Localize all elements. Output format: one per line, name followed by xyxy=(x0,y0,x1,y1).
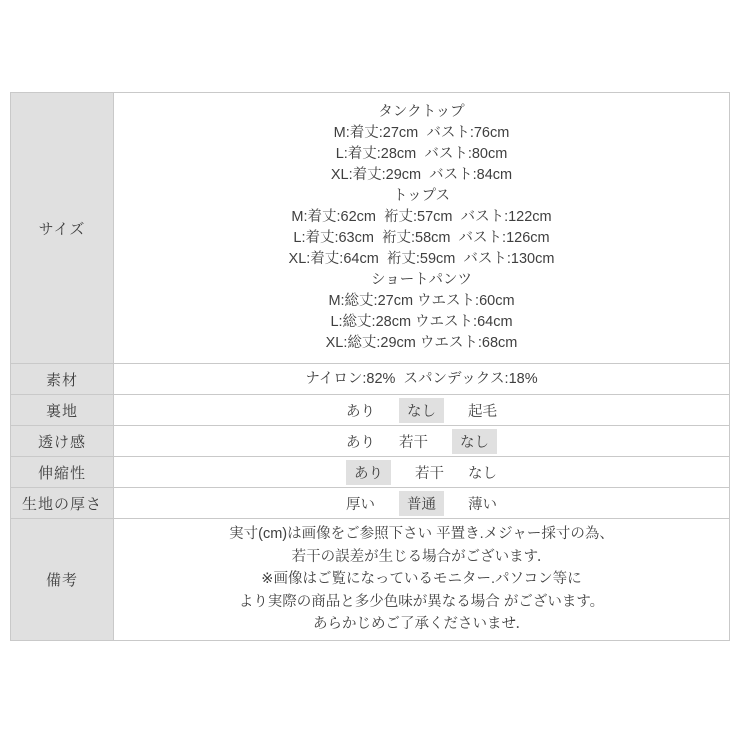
option-label: 厚い xyxy=(346,491,375,516)
row-value-thickness: 厚い 普通 薄い xyxy=(114,488,730,519)
row-label-stretch: 伸縮性 xyxy=(11,457,114,488)
option-label: あり xyxy=(346,429,375,454)
spec-row-material: 素材 ナイロン:82% スパンデックス:18% xyxy=(11,364,730,395)
option-selected: あり xyxy=(346,460,391,485)
material-value: ナイロン:82% スパンデックス:18% xyxy=(114,369,729,390)
row-value-lining: あり なし 起毛 xyxy=(114,395,730,426)
size-line: M:着丈:62cm 裄丈:57cm バスト:122cm xyxy=(114,207,729,228)
size-line: L:総丈:28cm ウエスト:64cm xyxy=(114,312,729,333)
lining-options: あり なし 起毛 xyxy=(114,398,729,423)
size-line: M:着丈:27cm バスト:76cm xyxy=(114,123,729,144)
size-line: L:着丈:28cm バスト:80cm xyxy=(114,144,729,165)
option-label: なし xyxy=(468,460,497,485)
notes-line: 若干の誤差が生じる場合がございます． xyxy=(114,546,729,569)
option-selected: なし xyxy=(452,429,497,454)
option-label: 起毛 xyxy=(468,398,497,423)
row-value-material: ナイロン:82% スパンデックス:18% xyxy=(114,364,730,395)
row-label-sheerness: 透け感 xyxy=(11,426,114,457)
spec-row-thickness: 生地の厚さ 厚い 普通 薄い xyxy=(11,488,730,519)
option-label: 薄い xyxy=(468,491,497,516)
spec-row-notes: 備考 実寸(cm)は画像をご参照下さい 平置き.メジャー採寸の為、 若干の誤差が… xyxy=(11,519,730,641)
option-label: 若干 xyxy=(399,429,428,454)
spec-row-size: サイズ タンクトップ M:着丈:27cm バスト:76cm L:着丈:28cm … xyxy=(11,93,730,364)
page: サイズ タンクトップ M:着丈:27cm バスト:76cm L:着丈:28cm … xyxy=(0,0,740,740)
size-line: タンクトップ xyxy=(114,102,729,123)
size-line: L:着丈:63cm 裄丈:58cm バスト:126cm xyxy=(114,228,729,249)
size-line: トップス xyxy=(114,186,729,207)
product-spec-table: サイズ タンクトップ M:着丈:27cm バスト:76cm L:着丈:28cm … xyxy=(10,92,730,641)
notes-line: あらかじめご了承くださいませ． xyxy=(114,613,729,636)
option-selected: 普通 xyxy=(399,491,444,516)
row-label-size: サイズ xyxy=(11,93,114,364)
spec-row-stretch: 伸縮性 あり 若干 なし xyxy=(11,457,730,488)
notes-line: より実際の商品と多少色味が異なる場合 がございます。 xyxy=(114,591,729,614)
size-details: タンクトップ M:着丈:27cm バスト:76cm L:着丈:28cm バスト:… xyxy=(114,102,729,354)
row-label-thickness: 生地の厚さ xyxy=(11,488,114,519)
size-line: XL:着丈:29cm バスト:84cm xyxy=(114,165,729,186)
notes-text: 実寸(cm)は画像をご参照下さい 平置き.メジャー採寸の為、 若干の誤差が生じる… xyxy=(114,523,729,636)
notes-line: ※画像はご覧になっているモニター.パソコン等に xyxy=(114,568,729,591)
row-value-size: タンクトップ M:着丈:27cm バスト:76cm L:着丈:28cm バスト:… xyxy=(114,93,730,364)
spec-row-sheerness: 透け感 あり 若干 なし xyxy=(11,426,730,457)
row-label-lining: 裏地 xyxy=(11,395,114,426)
row-value-stretch: あり 若干 なし xyxy=(114,457,730,488)
size-line: XL:着丈:64cm 裄丈:59cm バスト:130cm xyxy=(114,249,729,270)
size-line: ショートパンツ xyxy=(114,270,729,291)
size-line: M:総丈:27cm ウエスト:60cm xyxy=(114,291,729,312)
thickness-options: 厚い 普通 薄い xyxy=(114,491,729,516)
row-label-notes: 備考 xyxy=(11,519,114,641)
spec-row-lining: 裏地 あり なし 起毛 xyxy=(11,395,730,426)
size-line: XL:総丈:29cm ウエスト:68cm xyxy=(114,333,729,354)
sheerness-options: あり 若干 なし xyxy=(114,429,729,454)
row-value-sheerness: あり 若干 なし xyxy=(114,426,730,457)
option-label: 若干 xyxy=(415,460,444,485)
stretch-options: あり 若干 なし xyxy=(114,460,729,485)
notes-line: 実寸(cm)は画像をご参照下さい 平置き.メジャー採寸の為、 xyxy=(114,523,729,546)
option-selected: なし xyxy=(399,398,444,423)
row-label-material: 素材 xyxy=(11,364,114,395)
row-value-notes: 実寸(cm)は画像をご参照下さい 平置き.メジャー採寸の為、 若干の誤差が生じる… xyxy=(114,519,730,641)
option-label: あり xyxy=(346,398,375,423)
